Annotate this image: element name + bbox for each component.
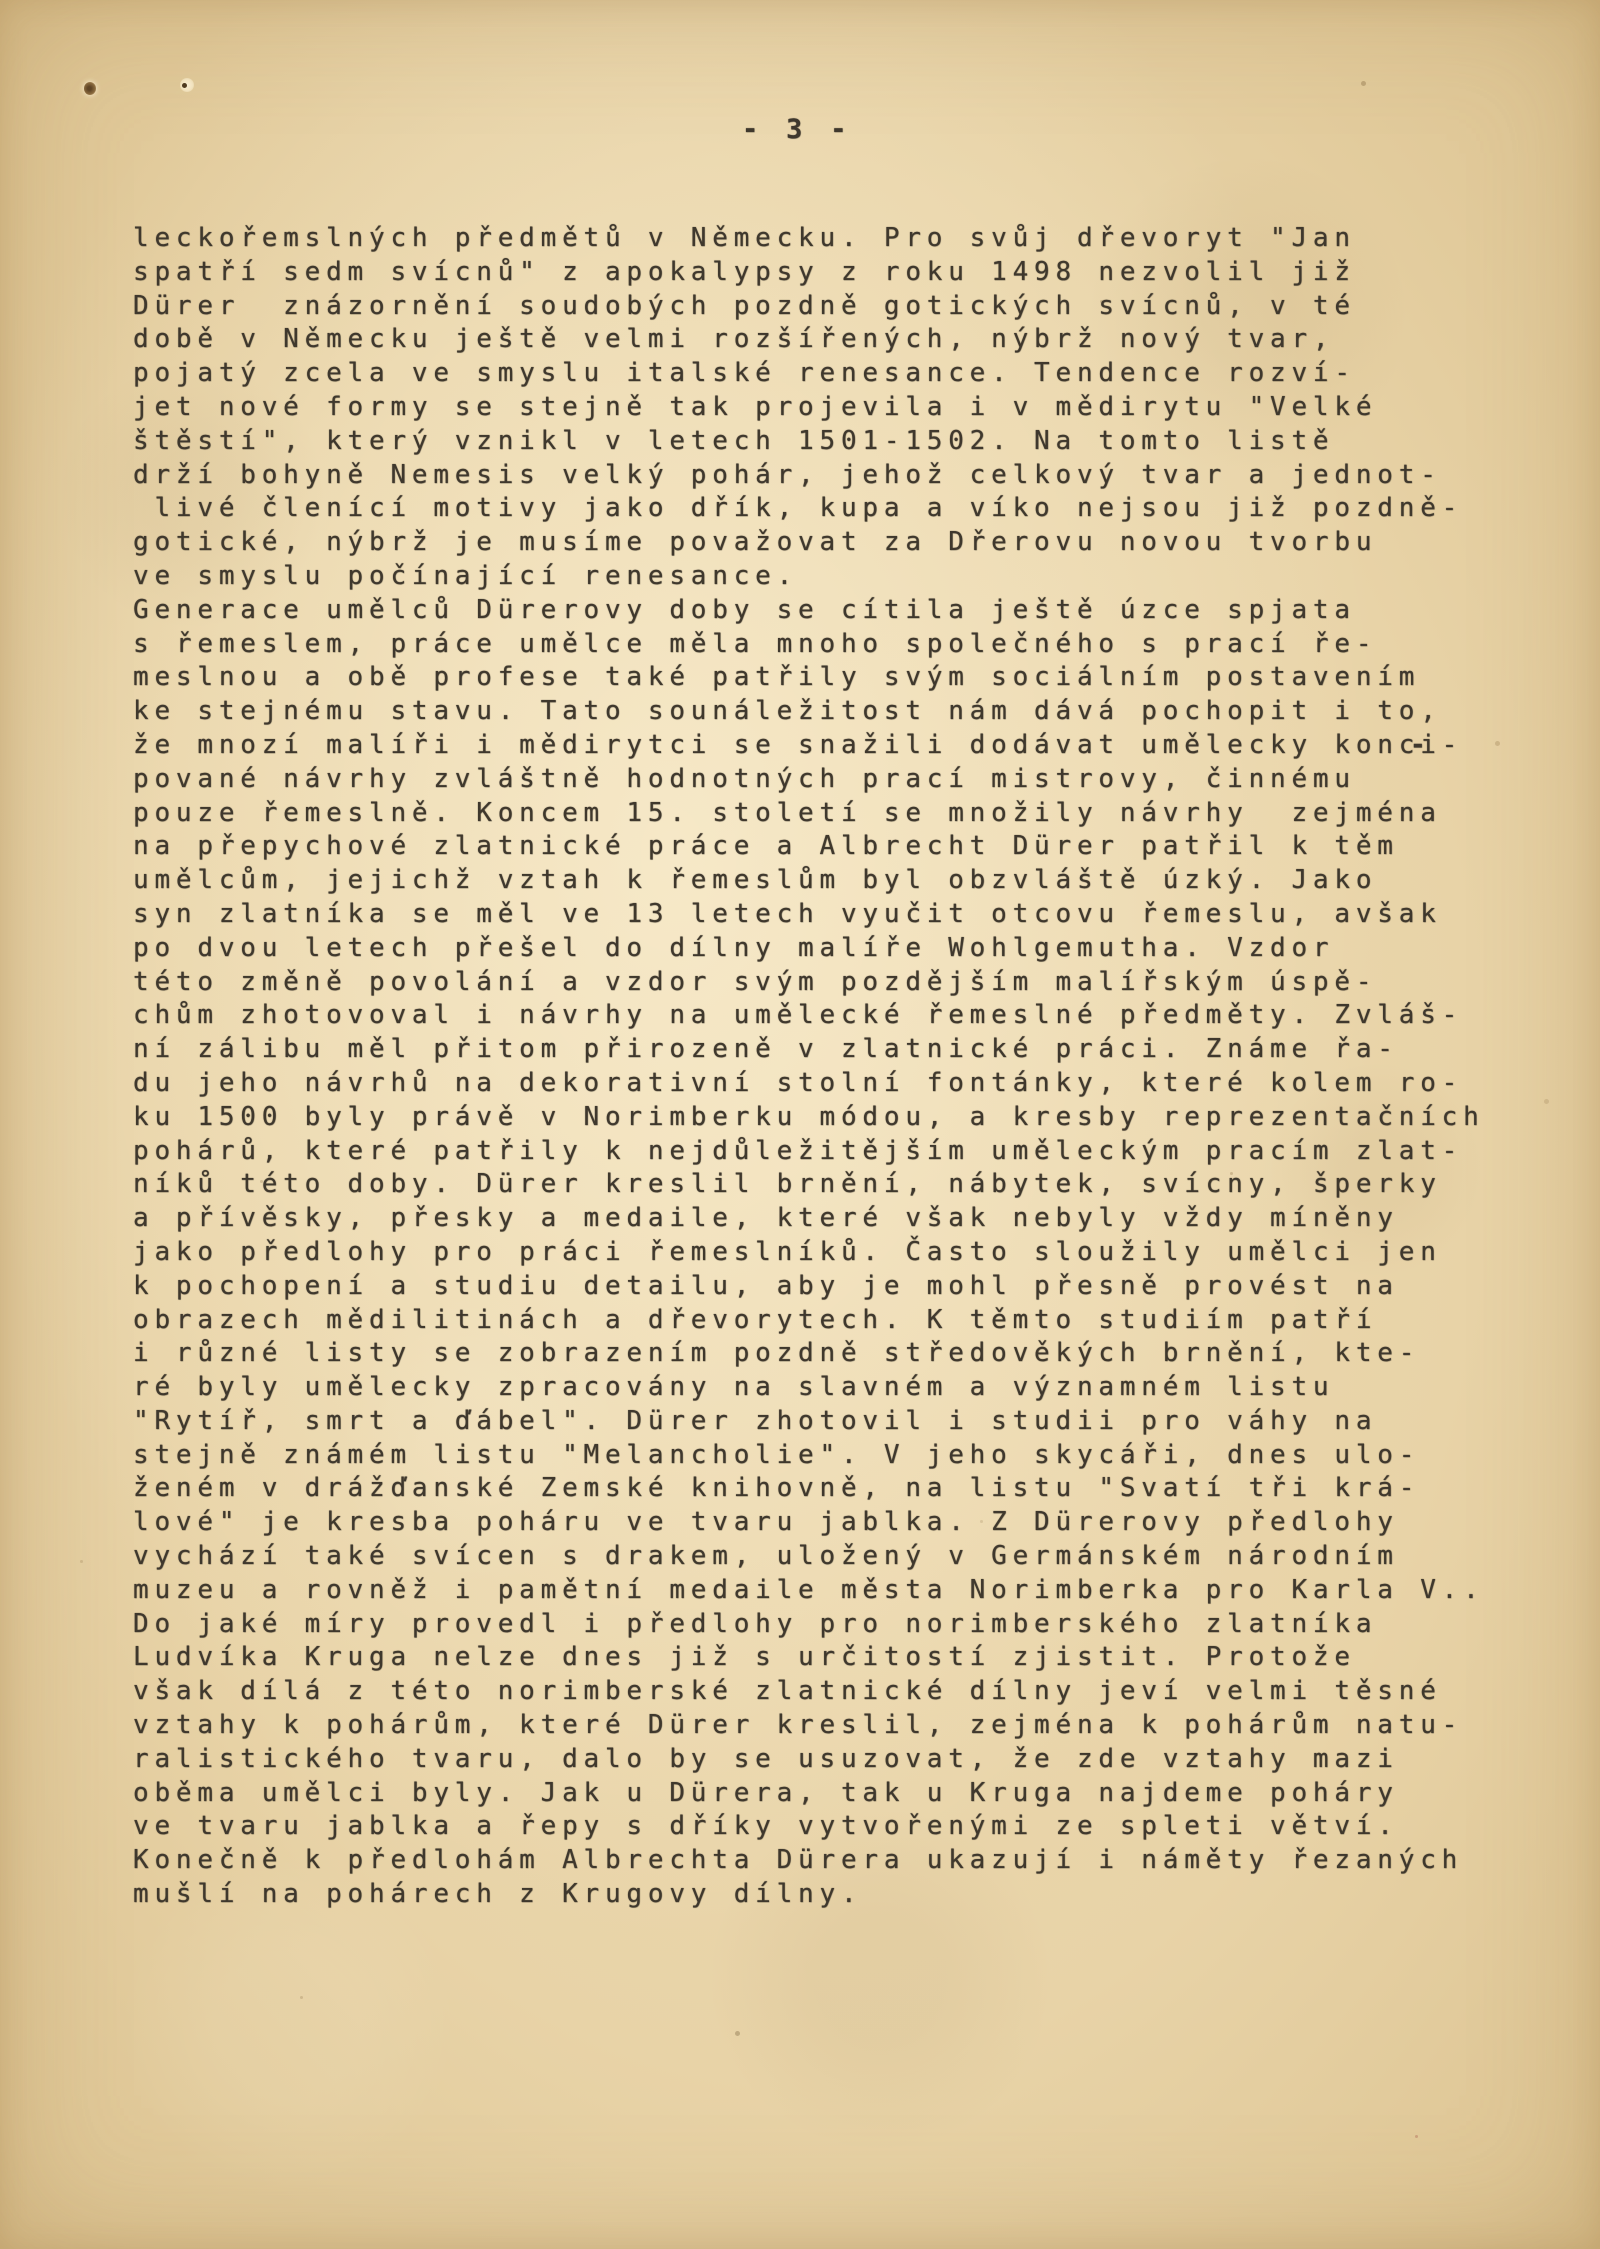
text-line: štěstí", který vznikl v letech 1501-1502… — [133, 425, 1553, 459]
text-line: pované návrhy zvláštně hodnotných prací … — [133, 763, 1553, 797]
text-line: ralistického tvaru, dalo by se usuzovat,… — [133, 1743, 1553, 1777]
text-line: však dílá z této norimberské zlatnické d… — [133, 1675, 1553, 1709]
page-number: - 3 - — [742, 114, 852, 145]
text-line: Do jaké míry provedl i předlohy pro nori… — [133, 1608, 1553, 1642]
text-line: s řemeslem, práce umělce měla mnoho spol… — [133, 628, 1553, 662]
text-line: umělcům, jejichž vztah k řemeslům byl ob… — [133, 864, 1553, 898]
text-line: mušlí na pohárech z Krugovy dílny. — [133, 1878, 1553, 1912]
margin-dash-mark: - — [1410, 730, 1426, 760]
text-line: drží bohyně Nemesis velký pohár, jehož c… — [133, 459, 1553, 493]
text-line: jet nové formy se stejně tak projevila i… — [133, 391, 1553, 425]
text-line: a přívěsky, přesky a medaile, které však… — [133, 1202, 1553, 1236]
text-line: "Rytíř, smrt a ďábel". Dürer zhotovil i … — [133, 1405, 1553, 1439]
text-line: livé členící motivy jako dřík, kupa a ví… — [133, 492, 1553, 526]
text-line: spatří sedm svícnů" z apokalypsy z roku … — [133, 256, 1553, 290]
text-line: po dvou letech přešel do dílny malíře Wo… — [133, 932, 1553, 966]
text-line: i různé listy se zobrazením pozdně střed… — [133, 1337, 1553, 1371]
text-line: Dürer znázornění soudobých pozdně gotick… — [133, 290, 1553, 324]
text-line: na přepychové zlatnické práce a Albrecht… — [133, 830, 1553, 864]
text-line: k pochopení a studiu detailu, aby je moh… — [133, 1270, 1553, 1304]
text-line: chům zhotovoval i návrhy na umělecké řem… — [133, 999, 1553, 1033]
text-line: ve tvaru jablka a řepy s dříky vytvořený… — [133, 1810, 1553, 1844]
text-line: pojatý zcela ve smyslu italské renesance… — [133, 357, 1553, 391]
text-line: lové" je kresba poháru ve tvaru jablka. … — [133, 1506, 1553, 1540]
typewritten-text-block: leckořemslných předmětů v Německu. Pro s… — [133, 222, 1553, 1912]
text-line: Konečně k předlohám Albrechta Dürera uka… — [133, 1844, 1553, 1878]
text-line: du jeho návrhů na dekorativní stolní fon… — [133, 1067, 1553, 1101]
text-line: ke stejnému stavu. Tato sounáležitost ná… — [133, 695, 1553, 729]
text-line: meslnou a obě profese také patřily svým … — [133, 661, 1553, 695]
text-line: gotické, nýbrž je musíme považovat za Dř… — [133, 526, 1553, 560]
text-line: že mnozí malíři i mědirytci se snažili d… — [133, 729, 1553, 763]
text-line: Generace umělců Dürerovy doby se cítila … — [133, 594, 1553, 628]
text-line: pouze řemeslně. Koncem 15. století se mn… — [133, 797, 1553, 831]
text-line: vztahy k pohárům, které Dürer kreslil, z… — [133, 1709, 1553, 1743]
text-line: muzeu a rovněž i pamětní medaile města N… — [133, 1574, 1553, 1608]
text-line: jako předlohy pro práci řemeslníků. Čast… — [133, 1236, 1553, 1270]
staple-hole-left — [84, 82, 96, 95]
text-line: níků této doby. Dürer kreslil brnění, ná… — [133, 1168, 1553, 1202]
text-line: době v Německu ještě velmi rozšířených, … — [133, 323, 1553, 357]
text-line: syn zlatníka se měl ve 13 letech vyučit … — [133, 898, 1553, 932]
text-line: ženém v drážďanské Zemské knihovně, na l… — [133, 1472, 1553, 1506]
text-line: stejně známém listu "Melancholie". V jeh… — [133, 1439, 1553, 1473]
text-line: ve smyslu počínající renesance. — [133, 560, 1553, 594]
text-line: vychází také svícen s drakem, uložený v … — [133, 1540, 1553, 1574]
text-line: této změně povolání a vzdor svým pozdějš… — [133, 966, 1553, 1000]
paper-specks — [0, 0, 3, 3]
text-line: ní zálibu měl přitom přirozeně v zlatnic… — [133, 1033, 1553, 1067]
text-line: ku 1500 byly právě v Norimberku módou, a… — [133, 1101, 1553, 1135]
text-line: leckořemslných předmětů v Německu. Pro s… — [133, 222, 1553, 256]
scanned-page: - 3 - leckořemslných předmětů v Německu.… — [0, 0, 1600, 2249]
text-line: Ludvíka Kruga nelze dnes již s určitostí… — [133, 1641, 1553, 1675]
staple-hole-right — [180, 78, 194, 92]
text-line: ré byly umělecky zpracovány na slavném a… — [133, 1371, 1553, 1405]
text-line: pohárů, které patřily k nejdůležitějším … — [133, 1135, 1553, 1169]
text-line: obrazech mědilitinách a dřevorytech. K t… — [133, 1304, 1553, 1338]
text-line: oběma umělci byly. Jak u Dürera, tak u K… — [133, 1777, 1553, 1811]
